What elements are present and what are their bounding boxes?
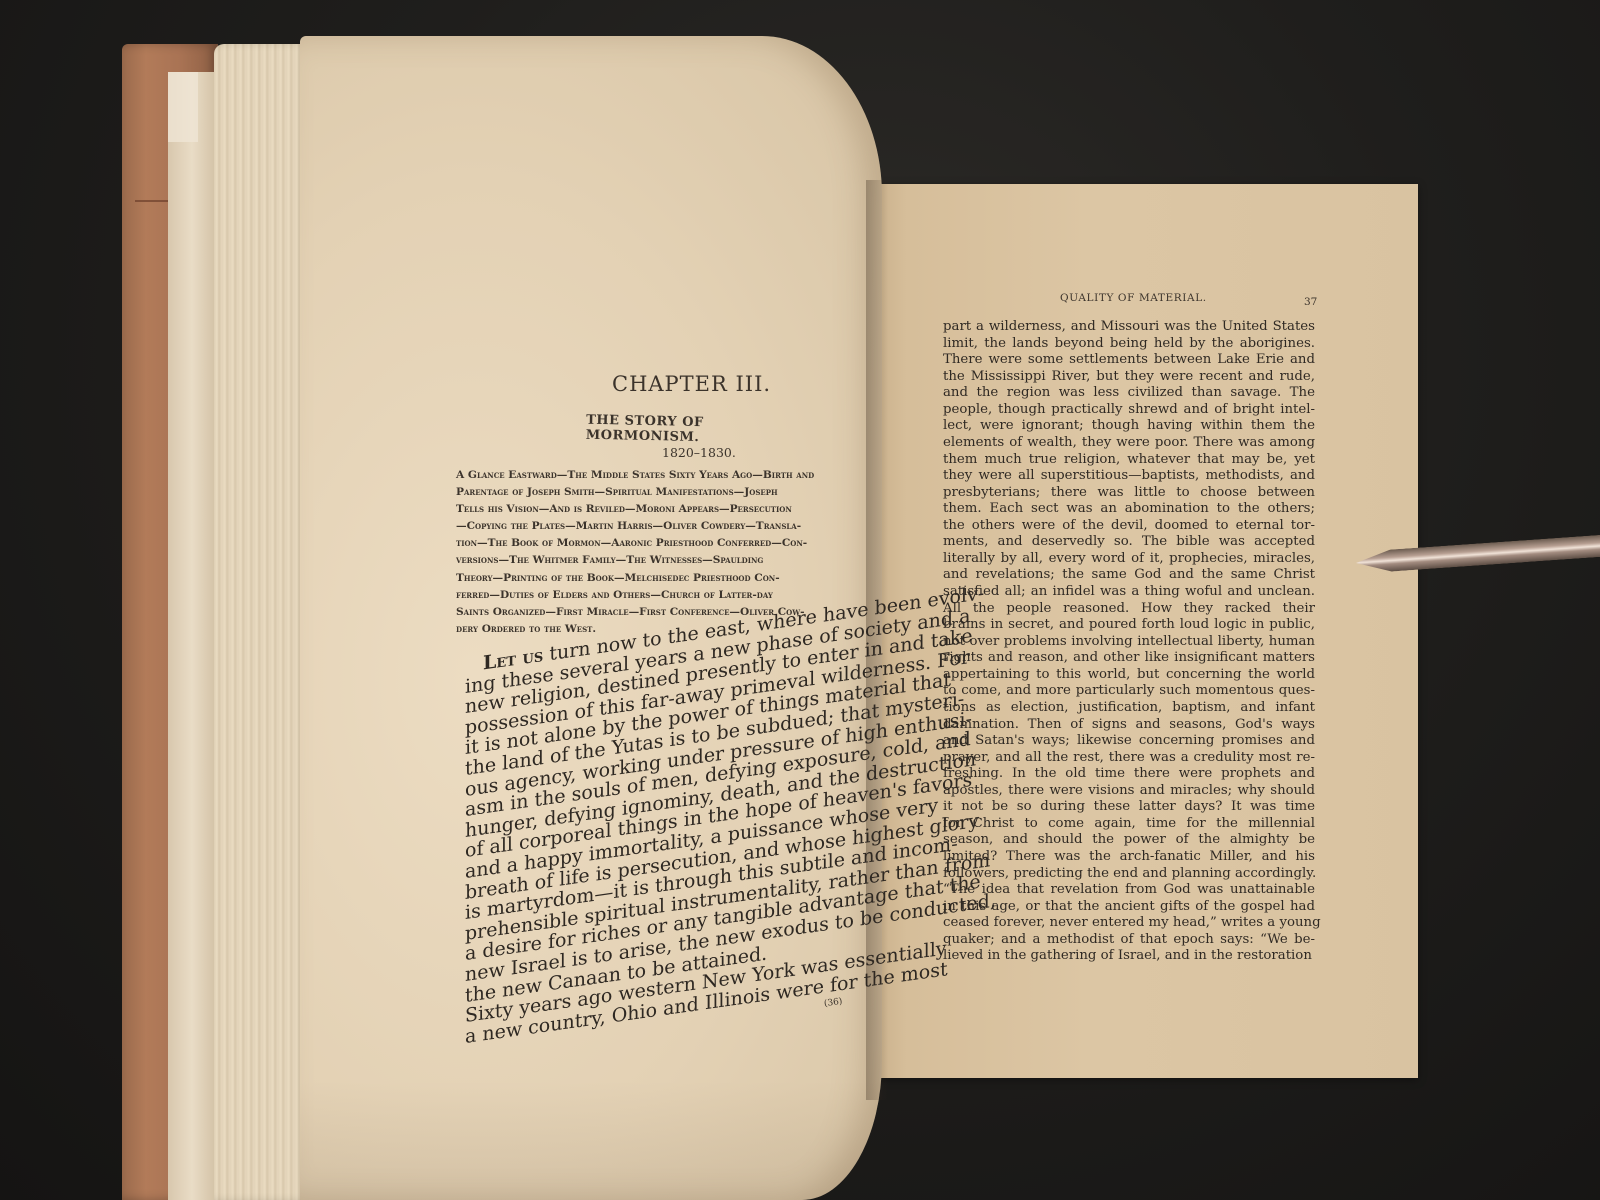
- page-shading: [300, 1080, 882, 1200]
- text-line: it not be so during these latter days? I…: [943, 799, 1315, 816]
- text-line: freshing. In the old time there were pro…: [943, 766, 1315, 783]
- text-line: and revelations; the same God and the sa…: [943, 567, 1315, 584]
- text-line: brains in secret, and poured forth loud …: [943, 617, 1315, 634]
- text-line: presbyterians; there was little to choos…: [943, 485, 1315, 502]
- text-line: apostles, there were visions and miracle…: [943, 783, 1315, 800]
- synopsis-line: tion—The Book of Mormon—Aaronic Priestho…: [486, 535, 898, 552]
- blade-icon: [1355, 535, 1600, 574]
- running-head: QUALITY OF MATERIAL.: [1060, 292, 1207, 304]
- text-line: the Mississippi River, but they were rec…: [943, 369, 1315, 386]
- text-line: appertaining to this world, but concerni…: [943, 667, 1315, 684]
- chapter-title: CHAPTER III.: [612, 372, 772, 396]
- synopsis-line: —Copying the Plates—Martin Harris—Oliver…: [486, 518, 898, 535]
- text-line: literally by all, every word of it, prop…: [943, 551, 1315, 568]
- right-page-body-text: part a wilderness, and Missouri was the …: [943, 319, 1315, 965]
- page-block-edges: [214, 44, 306, 1200]
- text-line: “The idea that revelation from God was u…: [943, 882, 1315, 899]
- text-line: not over problems involving intellectual…: [943, 634, 1315, 651]
- text-line: All the people reasoned. How they racked…: [943, 601, 1315, 618]
- synopsis-line: Parentage of Joseph Smith—Spiritual Mani…: [486, 484, 898, 501]
- text-line: and the region was less civilized than s…: [943, 385, 1315, 402]
- text-line: part a wilderness, and Missouri was the …: [943, 319, 1315, 336]
- endpaper-tear: [168, 72, 198, 142]
- text-line: limit, the lands beyond being held by th…: [943, 336, 1315, 353]
- text-line: There were some settlements between Lake…: [943, 352, 1315, 369]
- text-line: followers, predicting the end and planni…: [943, 866, 1315, 883]
- text-line: people, though practically shrewd and of…: [943, 402, 1315, 419]
- text-line: limited? There was the arch-fanatic Mill…: [943, 849, 1315, 866]
- text-line: them much true religion, whatever that m…: [943, 452, 1315, 469]
- synopsis-line: versions—The Whitmer Family—The Witnesse…: [486, 552, 898, 569]
- text-line: lect, were ignorant; though having withi…: [943, 418, 1315, 435]
- synopsis-line: ferred—Duties of Elders and Others—Churc…: [486, 587, 898, 604]
- chapter-subtitle: THE STORY OF MORMONISM.: [586, 413, 807, 448]
- synopsis-line: A Glance Eastward—The Middle States Sixt…: [486, 467, 898, 484]
- chapter-years: 1820–1830.: [662, 445, 742, 460]
- text-line: elements of wealth, they were poor. Ther…: [943, 435, 1315, 452]
- endpaper: [168, 72, 216, 1200]
- text-line: ments, and deservedly so. The bible was …: [943, 534, 1315, 551]
- text-line: prayer, and all the rest, there was a cr…: [943, 750, 1315, 767]
- text-line: quaker; and a methodist of that epoch sa…: [943, 932, 1315, 949]
- text-line: tions as election, justification, baptis…: [943, 700, 1315, 717]
- text-line: them. Each sect was an abomination to th…: [943, 501, 1315, 518]
- text-line: to come, and more particularly such mome…: [943, 683, 1315, 700]
- text-line: for Christ to come again, time for the m…: [943, 816, 1315, 833]
- synopsis-line: Tells his Vision—And is Reviled—Moroni A…: [486, 501, 898, 518]
- text-line: season, and should the power of the almi…: [943, 832, 1315, 849]
- text-line: ceased forever, never entered my head,” …: [943, 915, 1315, 932]
- left-page-body-text: Let us turn now to the east, where have …: [465, 596, 895, 1048]
- text-line: they were all superstitious—baptists, me…: [943, 468, 1315, 485]
- text-line: rights and reason, and other like insign…: [943, 650, 1315, 667]
- text-line: and Satan's ways; likewise concerning pr…: [943, 733, 1315, 750]
- page-number-right: 37: [1304, 296, 1317, 308]
- text-line: damnation. Then of signs and seasons, Go…: [943, 717, 1315, 734]
- book-photo-scene: CHAPTER III. THE STORY OF MORMONISM. 182…: [0, 0, 1600, 1200]
- synopsis-line: Theory—Printing of the Book—Melchisedec …: [486, 570, 898, 587]
- text-line: lieved in the gathering of Israel, and i…: [943, 948, 1315, 965]
- text-line: satisfied all; an infidel was a thing wo…: [943, 584, 1315, 601]
- text-line: in this age, or that the ancient gifts o…: [943, 899, 1315, 916]
- text-line: the others were of the devil, doomed to …: [943, 518, 1315, 535]
